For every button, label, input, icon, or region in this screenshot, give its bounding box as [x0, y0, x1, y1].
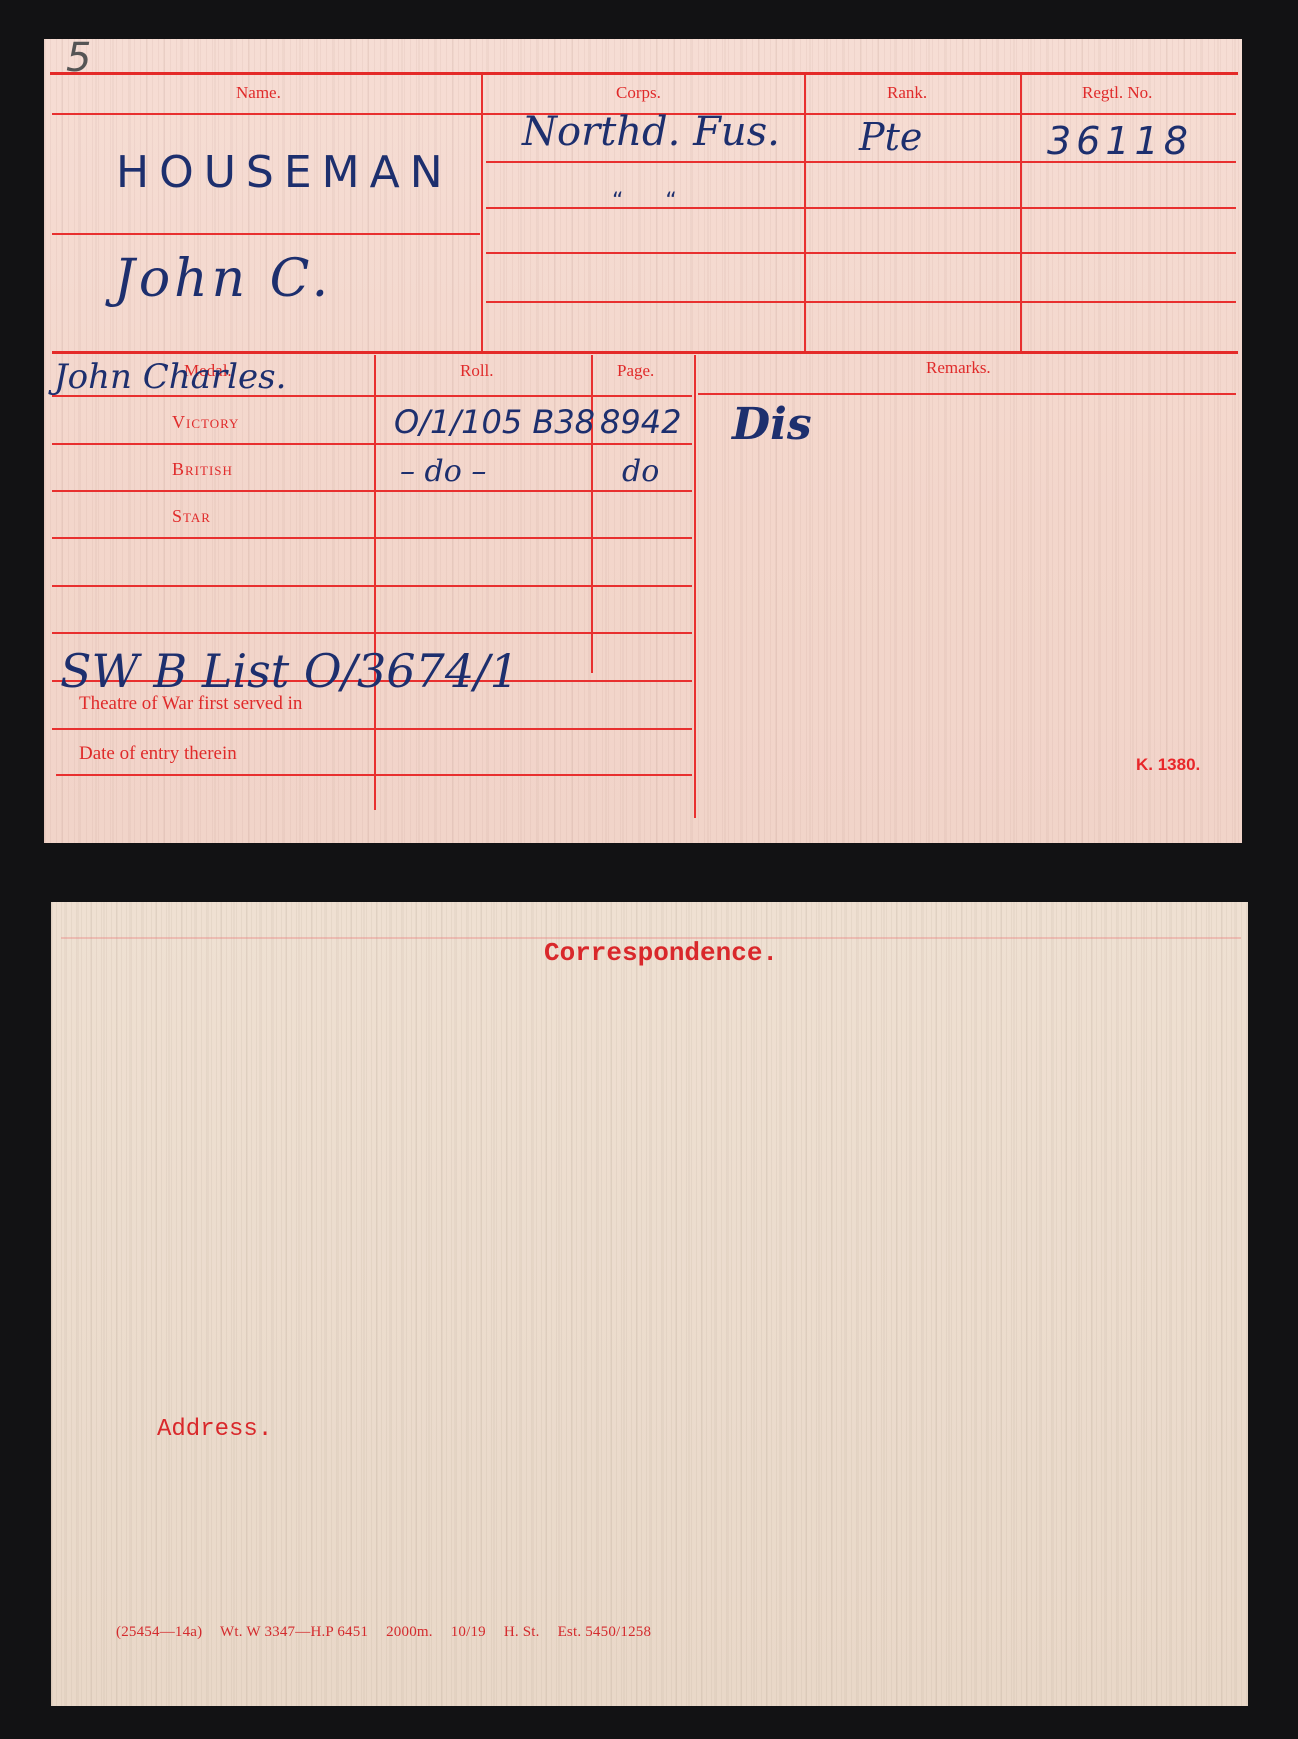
- medal-row-line-2: [52, 490, 692, 492]
- page-british: do: [622, 454, 659, 489]
- remarks-header: Remarks.: [926, 358, 991, 378]
- divider-corps-rank: [804, 75, 806, 351]
- medal-row-line-4: [52, 585, 692, 587]
- page-header: Page.: [617, 361, 654, 381]
- corps-header: Corps.: [616, 83, 661, 103]
- name-header: Name.: [236, 83, 281, 103]
- imprint-part: 10/19: [451, 1624, 486, 1640]
- remarks-header-underline: [698, 393, 1236, 395]
- regtl-no-header: Regtl. No.: [1082, 83, 1152, 103]
- page-victory: 8942: [600, 403, 681, 441]
- divider-rank-regtl: [1020, 75, 1022, 351]
- roll-british: – do –: [400, 454, 486, 489]
- divider-page-remarks: [694, 355, 696, 818]
- roll-header: Roll.: [460, 361, 494, 381]
- medal-row-line-1: [52, 443, 692, 445]
- forenames: John C.: [114, 249, 332, 309]
- roll-victory: O/1/105 B38: [394, 403, 595, 441]
- remarks-value: Dis: [732, 399, 812, 450]
- imprint-part: Est. 5450/1258: [558, 1624, 652, 1640]
- siw-list-note: SW B List O/3674/1: [60, 644, 519, 698]
- imprint-part: 2000m.: [386, 1624, 433, 1640]
- medal-index-card-front: 5 Name. Corps. Rank. Regtl. No. HOUSEMAN…: [44, 39, 1242, 843]
- medal-british: British: [172, 459, 233, 480]
- medal-star: Star: [172, 506, 211, 527]
- medal-index-card-back: Correspondence. Address. (25454—14a) Wt.…: [51, 902, 1248, 1706]
- corps-value: Northd. Fus.: [522, 109, 780, 155]
- divider-medal-roll: [374, 355, 376, 810]
- imprint-part: Wt. W 3347—H.P 6451: [220, 1624, 368, 1640]
- medal-victory: Victory: [172, 412, 239, 433]
- corps-row-line-4: [486, 301, 1236, 303]
- correspondence-heading: Correspondence.: [544, 938, 778, 968]
- surname: HOUSEMAN: [116, 147, 453, 198]
- full-name-annotation: John Charles.: [54, 357, 286, 397]
- imprint-part: H. St.: [504, 1624, 540, 1640]
- imprint-part: (25454—14a): [116, 1624, 202, 1640]
- corps-ditto: “ “: [612, 189, 677, 214]
- medal-row-line-5: [52, 632, 692, 634]
- rank-value: Pte: [859, 115, 922, 159]
- form-number: K. 1380.: [1136, 755, 1200, 775]
- theatre-of-war-label: Theatre of War first served in: [79, 693, 302, 715]
- address-label: Address.: [157, 1416, 272, 1443]
- medal-row-line-8: [56, 774, 692, 776]
- top-rule: [50, 72, 1238, 75]
- name-row-line: [52, 233, 480, 235]
- medal-row-line-3: [52, 537, 692, 539]
- printer-imprint: (25454—14a) Wt. W 3347—H.P 6451 2000m. 1…: [116, 1624, 665, 1641]
- date-of-entry-label: Date of entry therein: [79, 743, 237, 765]
- corps-row-line-3: [486, 252, 1236, 254]
- middle-rule: [52, 351, 1238, 354]
- regtl-no-value: 36118: [1047, 119, 1193, 163]
- corps-row-line-2: [486, 207, 1236, 209]
- rank-header: Rank.: [887, 83, 927, 103]
- divider-name-corps: [481, 75, 483, 351]
- medal-row-line-7: [52, 728, 692, 730]
